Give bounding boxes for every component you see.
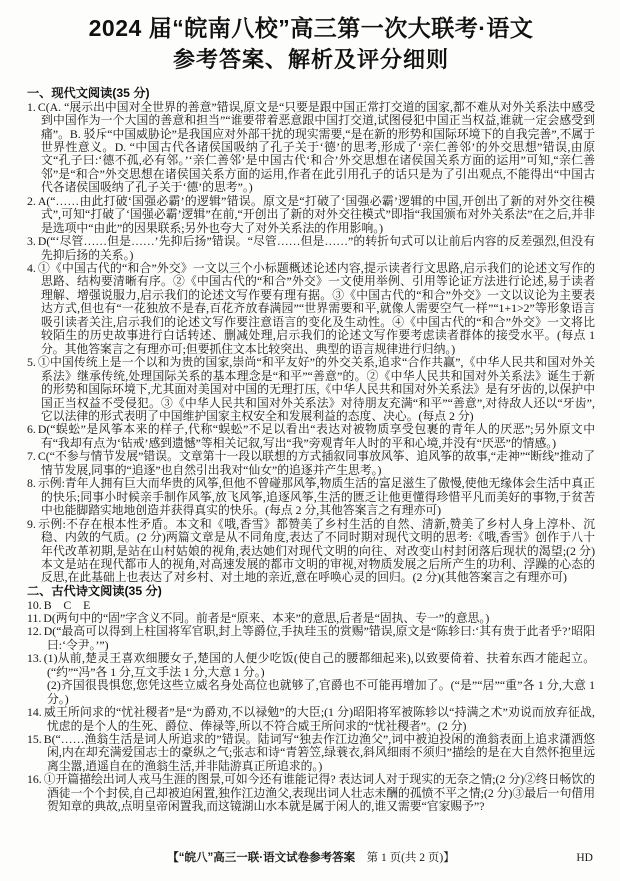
- item-number: 4.: [27, 261, 38, 275]
- answer-item: 13.(1)从前,楚灵王喜欢细腰女子,楚国的人便少吃饭(使自己的腰都细起来),以…: [27, 652, 595, 679]
- page-subtitle: 参考答案、解析及评分细则: [27, 47, 595, 73]
- answer-item: 6.D(“蜈蚣”是风筝本来的样子,代称“蜈蚣”不足以看出“表达对被物质享受包裹的…: [27, 423, 595, 450]
- page-footer: 【“皖八”高三一联·语文试卷参考答案 第 1 页(共 2 页)】 HD: [27, 852, 595, 865]
- answer-item: 4.①《中国古代的“和合”外交》一文以三个小标题概述论述内容,提示读者行文思路,…: [27, 262, 595, 356]
- document-page: 2024 届“皖南八校”高三第一次大联考·语文 参考答案、解析及评分细则 一、现…: [0, 0, 620, 881]
- item-text: B(“……渔翁生活是词人所追求的”错误。陆词写“独去作江边渔父”,词中被迫投闲的…: [44, 732, 595, 773]
- answer-item-continuation: (2)齐国很畏惧您,您凭这些立威名身处高位也就够了,官爵也不可能再增加了。(“是…: [27, 679, 595, 706]
- answer-item: 11.D(两句中的“固”字含义不同。前者是“原来、本来”的意思,后者是“固执、专…: [27, 612, 595, 625]
- answer-item: 5.①中国传统上是一个以和为贵的国家,崇尚“和平友好”的外交关系,追求“合作共赢…: [27, 356, 595, 423]
- item-number: 8.: [27, 476, 38, 490]
- item-text: C(“不参与情节发展”错误。文章第十一段以联想的方式插叙同事放风筝、追风筝的故事…: [38, 449, 595, 476]
- item-number: 11.: [27, 611, 43, 625]
- answer-item: 2.A(“……由此打破‘国强必霸’的逻辑”错误。原文是“打破了‘国强必霸’逻辑的…: [27, 195, 595, 235]
- item-number: 1.: [27, 100, 38, 114]
- answer-item: 8.示例:青年人拥有巨大而华贵的风筝,但他不曾碰那风筝,物质生活的富足滋生了傲慢…: [27, 477, 595, 517]
- answer-item: 10.B C E: [27, 599, 595, 612]
- item-number: 10.: [27, 598, 44, 612]
- footer-page-number: 第 1 页(共 2 页)】: [355, 852, 455, 864]
- answer-content: 一、现代文阅读(35 分) 1.C(A. “展示出中国对全世界的善意”错误,原文…: [27, 87, 595, 814]
- item-number: 7.: [27, 449, 38, 463]
- answer-item: 9.示例:不存在根本性矛盾。本文和《哦,香雪》都赞美了乡村生活的自然、清新,赞美…: [27, 518, 595, 585]
- item-number: 2.: [27, 194, 38, 208]
- item-number: 6.: [27, 422, 38, 436]
- item-number: 15.: [27, 732, 44, 746]
- item-text: ①开篇描绘出词人戎马生涯的图景,可如今还有谁能记得? 表达词人对于现实的无奈之情…: [44, 772, 595, 813]
- item-text: B C E: [44, 598, 91, 612]
- answer-item: 15.B(“……渔翁生活是词人所追求的”错误。陆词写“独去作江边渔父”,词中被迫…: [27, 733, 595, 773]
- item-text: 示例:青年人拥有巨大而华贵的风筝,但他不曾碰那风筝,物质生活的富足滋生了傲慢,使…: [38, 476, 595, 517]
- item-text: 威王所问求的“忧社稷者”是“为爵劝,不以禄勉”的大臣;(1 分)昭阳将军被陈轸以…: [44, 705, 595, 732]
- item-number: 13.: [27, 651, 44, 665]
- item-number: 3.: [27, 234, 38, 248]
- item-text: C(A. “展示出中国对全世界的善意”错误,原文是“只要是跟中国正常打交道的国家…: [38, 100, 595, 195]
- page-title: 2024 届“皖南八校”高三第一次大联考·语文: [27, 14, 595, 42]
- item-text: ①《中国古代的“和合”外交》一文以三个小标题概述论述内容,提示读者行文思路,启示…: [38, 261, 595, 356]
- item-text: A(“……由此打破‘国强必霸’的逻辑”错误。原文是“打破了‘国强必霸’逻辑的中国…: [38, 194, 595, 235]
- item-text: (1)从前,楚灵王喜欢细腰女子,楚国的人便少吃饭(使自己的腰都细起来),以致要倚…: [44, 651, 595, 678]
- item-text: D(“蜈蚣”是风筝本来的样子,代称“蜈蚣”不足以看出“表达对被物质享受包裹的青年…: [38, 422, 595, 449]
- answer-item: 12.D(“最高可以得到上柱国将军官职,封上等爵位,手执珪玉的赏赐”错误,原文是…: [27, 625, 595, 652]
- answer-item: 1.C(A. “展示出中国对全世界的善意”错误,原文是“只要是跟中国正常打交道的…: [27, 101, 595, 195]
- item-text: D(“最高可以得到上柱国将军官职,封上等爵位,手执珪玉的赏赐”错误,原文是“陈轸…: [44, 624, 595, 651]
- answer-item: 14.威王所问求的“忧社稷者”是“为爵劝,不以禄勉”的大臣;(1 分)昭阳将军被…: [27, 706, 595, 733]
- section-heading-modern-reading: 一、现代文阅读(35 分): [27, 87, 595, 101]
- item-text: D(“‘尽管……但是……’先抑后扬”错误。“尽管……但是……”的转折句式可以让前…: [38, 234, 595, 261]
- footer-exam-label: 【“皖八”高三一联·语文试卷参考答案: [167, 852, 355, 864]
- item-number: 9.: [27, 517, 38, 531]
- item-number: 14.: [27, 705, 44, 719]
- item-number: 12.: [27, 624, 44, 638]
- item-number: 16.: [27, 772, 44, 786]
- answer-item: 16.①开篇描绘出词人戎马生涯的图景,可如今还有谁能记得? 表达词人对于现实的无…: [27, 773, 595, 813]
- footer-print-code: HD: [576, 852, 593, 865]
- answer-item: 3.D(“‘尽管……但是……’先抑后扬”错误。“尽管……但是……”的转折句式可以…: [27, 235, 595, 262]
- item-number: 5.: [27, 355, 38, 369]
- item-text: D(两句中的“固”字含义不同。前者是“原来、本来”的意思,后者是“固执、专一”的…: [43, 611, 489, 625]
- item-text: ①中国传统上是一个以和为贵的国家,崇尚“和平友好”的外交关系,追求“合作共赢”,…: [38, 355, 595, 423]
- section-heading-classical-reading: 二、古代诗文阅读(35 分): [27, 585, 595, 599]
- item-text: 示例:不存在根本性矛盾。本文和《哦,香雪》都赞美了乡村生活的自然、清新,赞美了乡…: [38, 517, 595, 585]
- answer-item: 7.C(“不参与情节发展”错误。文章第十一段以联想的方式插叙同事放风筝、追风筝的…: [27, 450, 595, 477]
